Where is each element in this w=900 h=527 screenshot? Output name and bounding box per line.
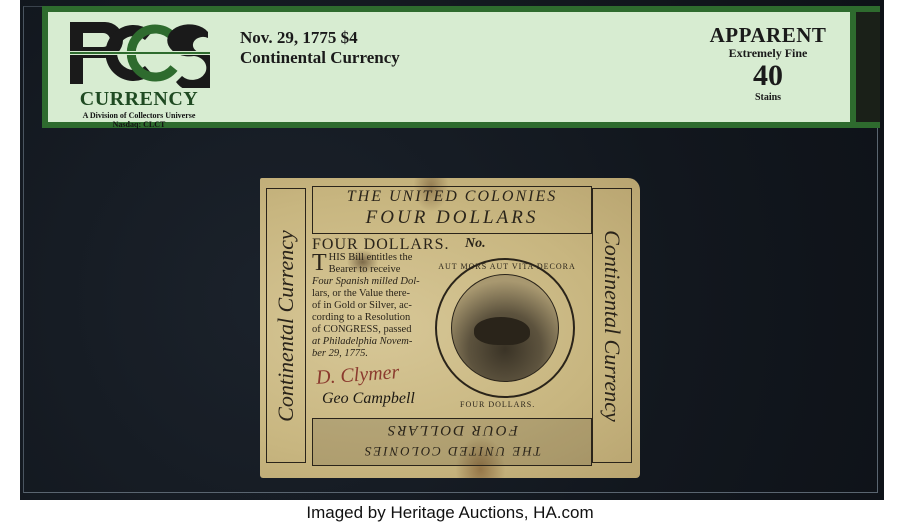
bill-text-line: of CONGRESS, passed <box>312 324 411 335</box>
bottom-ornamental-band: FOUR DOLLARS THE UNITED COLONIES <box>312 418 592 466</box>
boar-seal: AUT MORS AUT VITA DECORA <box>435 258 575 398</box>
image-credit: Imaged by Heritage Auctions, HA.com <box>0 503 900 523</box>
top-band-line-1: THE UNITED COLONIES <box>313 187 591 207</box>
bill-text-line: ber 29, 1775. <box>312 348 368 359</box>
boar-icon <box>474 317 530 345</box>
right-border-panel: Continental Currency <box>592 188 632 463</box>
bill-text-line: cording to a Resolution <box>312 312 410 323</box>
seal-denomination: FOUR DOLLARS. <box>460 400 535 409</box>
pcgs-currency-logo: CURRENCY A Division of Collectors Univer… <box>64 18 214 128</box>
logo-tagline: A Division of Collectors Universe Nasdaq… <box>64 111 214 129</box>
seal-motto: AUT MORS AUT VITA DECORA <box>437 262 577 271</box>
bottom-band-line-2: THE UNITED COLONIES <box>313 441 591 461</box>
note-title: Nov. 29, 1775 $4 Continental Currency <box>240 28 400 68</box>
left-border-panel: Continental Currency <box>266 188 306 463</box>
grade-block: APPARENT Extremely Fine 40 Stains <box>708 24 828 104</box>
seal-vignette <box>451 274 559 382</box>
grade-qualifier: APPARENT <box>708 24 828 46</box>
grade-number: 40 <box>708 60 828 92</box>
note-type: Continental Currency <box>240 48 400 68</box>
bill-text-line: Bearer to receive <box>329 264 401 275</box>
bill-text: T HIS Bill entitles the Bearer to receiv… <box>312 252 430 360</box>
grade-comment: Stains <box>708 92 828 104</box>
bill-text-line: HIS Bill entitles the <box>329 252 413 263</box>
serial-number-label: No. <box>465 236 486 252</box>
grade-description: Extremely Fine <box>708 46 828 60</box>
signature-black: Geo Campbell <box>322 390 415 408</box>
bottom-band-line-1: FOUR DOLLARS <box>313 419 591 441</box>
logo-wordmark: CURRENCY <box>64 88 214 111</box>
signature-red: D. Clymer <box>315 361 400 390</box>
grading-label-face: CURRENCY A Division of Collectors Univer… <box>48 12 850 122</box>
left-border-text: Continental Currency <box>273 230 299 422</box>
tagline-line-1: A Division of Collectors Universe <box>64 111 214 120</box>
right-border-text: Continental Currency <box>599 230 625 422</box>
note-date-denomination: Nov. 29, 1775 $4 <box>240 28 400 48</box>
bill-text-line: Four Spanish milled Dol- <box>312 276 420 287</box>
label-edge-tab <box>856 12 880 122</box>
grading-label: CURRENCY A Division of Collectors Univer… <box>42 6 880 128</box>
top-ornamental-band: THE UNITED COLONIES FOUR DOLLARS <box>312 186 592 234</box>
pcgs-logo-icon <box>70 18 210 88</box>
bill-text-line: of in Gold or Silver, ac- <box>312 300 412 311</box>
banknote: Continental Currency THE UNITED COLONIES… <box>260 178 640 478</box>
drop-cap: T <box>312 252 327 274</box>
tagline-line-2: Nasdaq: CLCT <box>64 120 214 129</box>
bill-text-line: lars, or the Value there- <box>312 288 410 299</box>
bill-text-line: at Philadelphia Novem- <box>312 336 412 347</box>
top-band-line-2: FOUR DOLLARS <box>313 207 591 229</box>
